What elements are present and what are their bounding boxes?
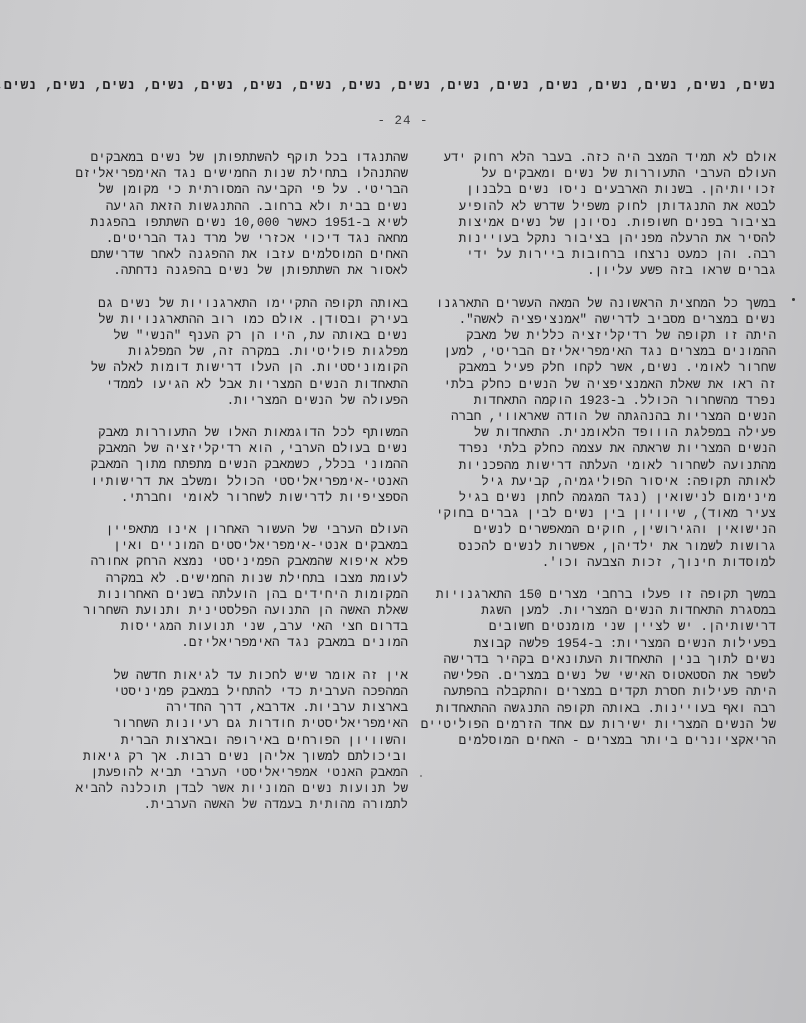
text-line: והשוויון הפורחים באירופה ובארצות הברית bbox=[58, 733, 408, 749]
text-line: נשים בבית ולא ברחוב. ההתנגשות הזאת הגיעה bbox=[58, 199, 408, 215]
text-line: זכויותיהן. בשנות הארבעים ניסו נשים בלבנו… bbox=[418, 182, 776, 198]
paragraph: במשך תקופה זו פעלו ברחבי מצרים 150 התארג… bbox=[418, 587, 776, 749]
text-line: האנטי-אימפריאליסטי הכולל ומשלב את דרישות… bbox=[58, 474, 408, 490]
text-line: אולם לא תמיד המצב היה כזה. בעבר הלא רחוק… bbox=[418, 150, 776, 166]
paragraph: באותה תקופה התקיימו התארגנויות של נשים ג… bbox=[58, 296, 408, 409]
text-line: דרישותיהן. יש לציין שני מומנטים חשובים bbox=[418, 619, 776, 635]
text-line: של הנשים המצריות ישירות עם אחד הזרמים הפ… bbox=[418, 717, 776, 733]
text-line: הנישואין והגירושין, חוקים המאפשרים לנשים bbox=[418, 522, 776, 538]
text-line: בעירק ובסודן. אולם כמו רוב ההתארגנויות ש… bbox=[58, 312, 408, 328]
text-line: שהתנגדו בכל תוקף להשתתפותן של נשים במאבק… bbox=[58, 150, 408, 166]
text-line: מחאה נגד דיכוי אכזרי של מרד נגד הבריטים. bbox=[58, 231, 408, 247]
text-line: במשך כל המחצית הראשונה של המאה העשרים הת… bbox=[418, 296, 776, 312]
text-line: פעילה במפלגת הווופד הלאומנית. התאחדות של bbox=[418, 425, 776, 441]
text-line: העולם הערבי של העשור האחרון אינו מתאפיין bbox=[58, 522, 408, 538]
text-line: למוסדות חינוך, זכות הצבעה וכו'. bbox=[418, 555, 776, 571]
text-line: התאחדות הנשים המצריות אבל לא הגיעו לממדי bbox=[58, 377, 408, 393]
text-line: הקומוניסטיות. הן העלו דרישות דומות לאלה … bbox=[58, 360, 408, 376]
text-line: זה ראו את שאלת האמנציפציה של הנשים כחלק … bbox=[418, 377, 776, 393]
header-repeated-words: נשים, נשים, נשים, נשים, נשים, נשים, נשים… bbox=[44, 78, 776, 93]
scanned-page: נשים, נשים, נשים, נשים, נשים, נשים, נשים… bbox=[0, 0, 806, 1023]
text-line: המשותף לכל הדוגמאות האלו של התעוררות מאב… bbox=[58, 425, 408, 441]
text-line: וביכולתם למשוך אליהן נשים רבות. אך רק גי… bbox=[58, 749, 408, 765]
text-line: רבה ואף בעויינות. באותה תקופה התנגשה ההת… bbox=[418, 701, 776, 717]
text-line: בפעילות הנשים המצריות: ב-1954 פלשה קבוצת bbox=[418, 636, 776, 652]
text-line: בדרום חצי האי ערב, שני תנועות המגייסות bbox=[58, 619, 408, 635]
text-line: שאלת האשה הן התנועה הפלסטינית ותנועת השח… bbox=[58, 603, 408, 619]
paragraph: אולם לא תמיד המצב היה כזה. בעבר הלא רחוק… bbox=[418, 150, 776, 280]
text-line: נשים במצרים מסביב לדרישה "אמנציפציה לאשה… bbox=[418, 312, 776, 328]
ink-speck bbox=[792, 298, 795, 301]
text-line: המונים במאבק נגד האימפריאליזם. bbox=[58, 635, 408, 651]
text-line: פלא איפוא שהמאבק הפמיניסטי נמצא הרחק אחו… bbox=[58, 554, 408, 570]
text-line: שחרור לאומי. נשים, אשר לקחו חלק פעיל במא… bbox=[418, 360, 776, 376]
text-line: המהפכה הערבית כדי להתחיל במאבק פמיניסטי bbox=[58, 684, 408, 700]
text-line: הנשים המצריות בהנהגתה של הודה שאראווי, ח… bbox=[418, 409, 776, 425]
text-line: אין זה אומר שיש לחכות עד לגיאות חדשה של bbox=[58, 668, 408, 684]
show-through-backside bbox=[0, 770, 806, 1023]
text-line: הריאקציונרים ביותר במצרים - האחים המוסלמ… bbox=[418, 733, 776, 749]
text-line: במסגרת התאחדות הנשים המצריות. למען השגת bbox=[418, 603, 776, 619]
text-line: רבה. והן כמעט נרצחו ברחובות ביירות על יד… bbox=[418, 247, 776, 263]
text-line: הבריטי. על פי הקביעה המסורתית כי מקומן ש… bbox=[58, 182, 408, 198]
text-line: בציבור בפנים חשופות. נסיונן של נשים אמיצ… bbox=[418, 215, 776, 231]
text-line: הפעולה של הנשים המצריות. bbox=[58, 393, 408, 409]
text-line: במשך תקופה זו פעלו ברחבי מצרים 150 התארג… bbox=[418, 587, 776, 603]
text-line: גרושות לשמור את ילדיהן, אפשרות לנשים להכ… bbox=[418, 539, 776, 555]
text-line: לאסור את השתתפותן של נשים בהפגנה נדחתה. bbox=[58, 263, 408, 279]
paragraph: המשותף לכל הדוגמאות האלו של התעוררות מאב… bbox=[58, 425, 408, 506]
text-line: האימפריאליסטית חודרות גם רעיונות השחרור bbox=[58, 716, 408, 732]
text-line: מינימום לנישואין (נגד המגמה לחתן נשים בג… bbox=[418, 490, 776, 506]
text-line: ההמוני בכלל, כשמאבק הנשים מתפתח מתוך המא… bbox=[58, 457, 408, 473]
text-line: נשים באותה עת, היו הן רק הענף "הנשי" של bbox=[58, 328, 408, 344]
text-line: בארצות ערביות. אדרבא, דרך החדירה bbox=[58, 700, 408, 716]
text-line: גברים שראו בזה פשע עליון. bbox=[418, 263, 776, 279]
text-line: לבטא את התנגדותן לחוק משפיל שדרש לא להופ… bbox=[418, 199, 776, 215]
paragraph: שהתנגדו בכל תוקף להשתתפותן של נשים במאבק… bbox=[58, 150, 408, 280]
text-line: לעומת מצבו בתחילת שנות החמישים. לא במקרה bbox=[58, 571, 408, 587]
text-line: במאבקים אנטי-אימפריאליסטים המוניים ואין bbox=[58, 538, 408, 554]
text-line: העולם הערבי התעוררות של נשים ומאבקים על bbox=[418, 166, 776, 182]
text-line: שהתנהלו בתחילת שנות החמישים נגד האימפריא… bbox=[58, 166, 408, 182]
paragraph: העולם הערבי של העשור האחרון אינו מתאפיין… bbox=[58, 522, 408, 652]
text-line: נפרד מהשחרור הכולל. ב-1923 הוקמה התאחדות bbox=[418, 393, 776, 409]
text-line: ההמונים במצרים נגד האימפריאליזם הבריטי, … bbox=[418, 344, 776, 360]
text-line: נשים לתוך בנין התאחדות העתונאים בקהיר בד… bbox=[418, 652, 776, 668]
text-line: מפלגות פוליטיות. במקרה זה, של המפלגות bbox=[58, 344, 408, 360]
left-column: שהתנגדו בכל תוקף להשתתפותן של נשים במאבק… bbox=[58, 150, 408, 830]
paragraph: במשך כל המחצית הראשונה של המאה העשרים הת… bbox=[418, 296, 776, 571]
text-line: מהתנועה לשחרור לאומי העלתה דרישות מהפכני… bbox=[418, 458, 776, 474]
text-line: האחים המוסלמים עזבו את ההפגנה לאחר שדריש… bbox=[58, 247, 408, 263]
text-line: לשפר את הסטאטוס האישי של נשים במצרים. הפ… bbox=[418, 668, 776, 684]
text-line: באותה תקופה התקיימו התארגנויות של נשים ג… bbox=[58, 296, 408, 312]
text-line: להסיר את הרעלה מפניהן בציבור נתקל בעויינ… bbox=[418, 231, 776, 247]
right-column: אולם לא תמיד המצב היה כזה. בעבר הלא רחוק… bbox=[418, 150, 776, 765]
text-line: הנשים המצריות שראתה את עצמה כחלק בלתי נפ… bbox=[418, 441, 776, 457]
text-line: לשיא ב-1951 כאשר 10,000 נשים השתתפו בהפג… bbox=[58, 215, 408, 231]
text-line: לאותה תקופה: איסור הפוליגמיה, קביעת גיל bbox=[418, 474, 776, 490]
text-line: הספציפיות לדרישות לשחרור לאומי וחברתי. bbox=[58, 490, 408, 506]
page-number: - 24 - bbox=[0, 114, 806, 128]
text-line: נשים בעולם הערבי, הוא רדיקליזציה של המאב… bbox=[58, 441, 408, 457]
text-line: צעיר מאוד), שיוויון בין נשים לבין גברים … bbox=[418, 506, 776, 522]
text-line: היתה פעילות חסרת תקדים במצרים והתקבלה בה… bbox=[418, 684, 776, 700]
text-line: היתה זו תקופה של רדיקליזציה כללית של מאב… bbox=[418, 328, 776, 344]
text-line: המקומות היחידים בהן הועלתה בשנים האחרונו… bbox=[58, 587, 408, 603]
